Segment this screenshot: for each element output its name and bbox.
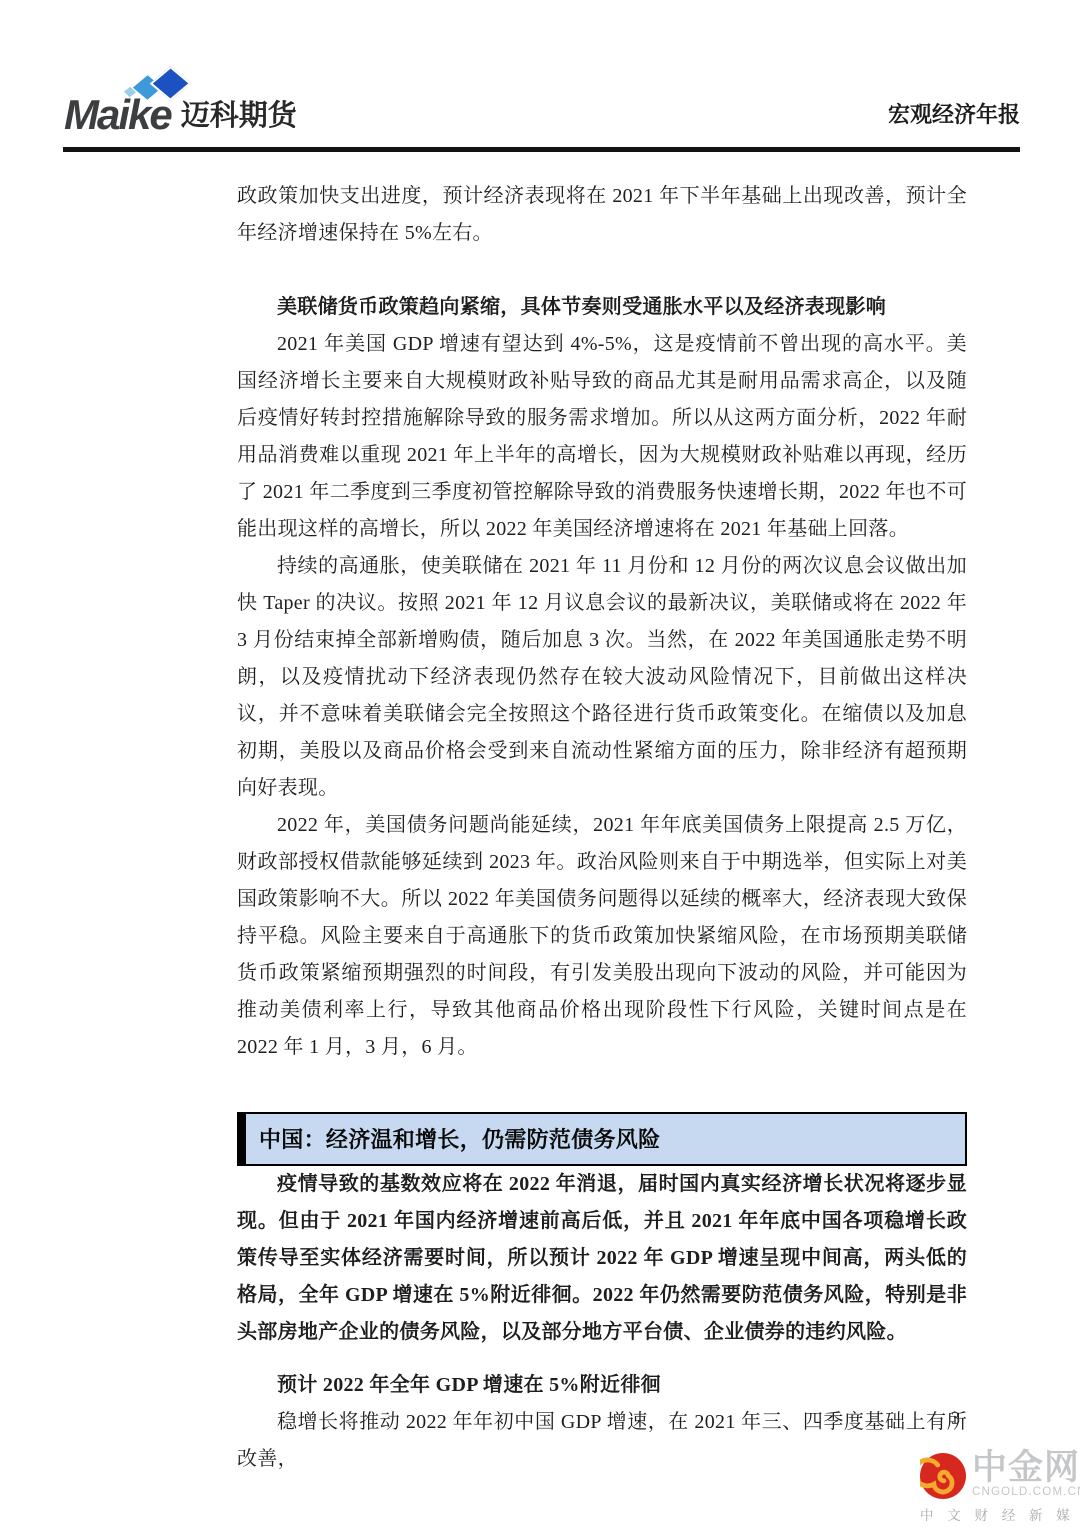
paragraph-taper: 持续的高通胀，使美联储在 2021 年 11 月份和 12 月份的两次议息会议做… xyxy=(237,548,967,807)
watermark-brand: 中金网 xyxy=(972,1450,1080,1485)
cngold-logo-icon xyxy=(920,1453,966,1499)
paragraph-intro-continuation: 政政策加快支出进度，预计经济表现将在 2021 年下半年基础上出现改善，预计全年… xyxy=(237,178,967,252)
heading-china-gdp: 预计 2022 年全年 GDP 增速在 5%附近徘徊 xyxy=(237,1367,967,1404)
paragraph-us-debt: 2022 年，美国债务问题尚能延续，2021 年年底美国债务上限提高 2.5 万… xyxy=(237,807,967,1066)
watermark-text-col: 中金网 CNGOLD.COM.CN xyxy=(972,1450,1080,1498)
report-title: 宏观经济年报 xyxy=(888,98,1020,132)
paragraph-china-summary: 疫情导致的基数效应将在 2022 年消退，届时国内真实经济增长状况将逐步显现。但… xyxy=(237,1166,967,1351)
paragraph-china-gdp: 稳增长将推动 2022 年年初中国 GDP 增速，在 2021 年三、四季度基础… xyxy=(237,1404,967,1478)
logo-latin-text: Maike xyxy=(64,98,171,132)
report-page: Maike 迈科期货 宏观经济年报 政政策加快支出进度，预计经济表现将在 202… xyxy=(0,0,1080,1527)
section-header-china-label: 中国：经济温和增长，仍需防范债务风险 xyxy=(259,1121,660,1158)
watermark-top-row: 中金网 CNGOLD.COM.CN xyxy=(920,1450,1080,1499)
watermark-domain: CNGOLD.COM.CN xyxy=(972,1486,1080,1498)
watermark-tagline: 中 文 财 经 新 媒 体 xyxy=(920,1504,1080,1524)
cngold-watermark: 中金网 CNGOLD.COM.CN 中 文 财 经 新 媒 体 xyxy=(920,1450,1080,1524)
section-header-china: 中国：经济温和增长，仍需防范债务风险 xyxy=(237,1112,967,1166)
header-divider-rule xyxy=(63,147,1020,152)
page-number: 3 xyxy=(951,1408,960,1429)
paragraph-us-gdp: 2021 年美国 GDP 增速有望达到 4%-5%，这是疫情前不曾出现的高水平。… xyxy=(237,326,967,548)
heading-fed-policy: 美联储货币政策趋向紧缩，具体节奏则受通胀水平以及经济表现影响 xyxy=(237,289,967,326)
report-header: Maike 迈科期货 宏观经济年报 xyxy=(64,70,1020,132)
maike-logo: Maike 迈科期货 xyxy=(64,72,297,132)
logo-chinese-text: 迈科期货 xyxy=(181,102,297,132)
document-body: 政政策加快支出进度，预计经济表现将在 2021 年下半年基础上出现改善，预计全年… xyxy=(237,178,967,1478)
